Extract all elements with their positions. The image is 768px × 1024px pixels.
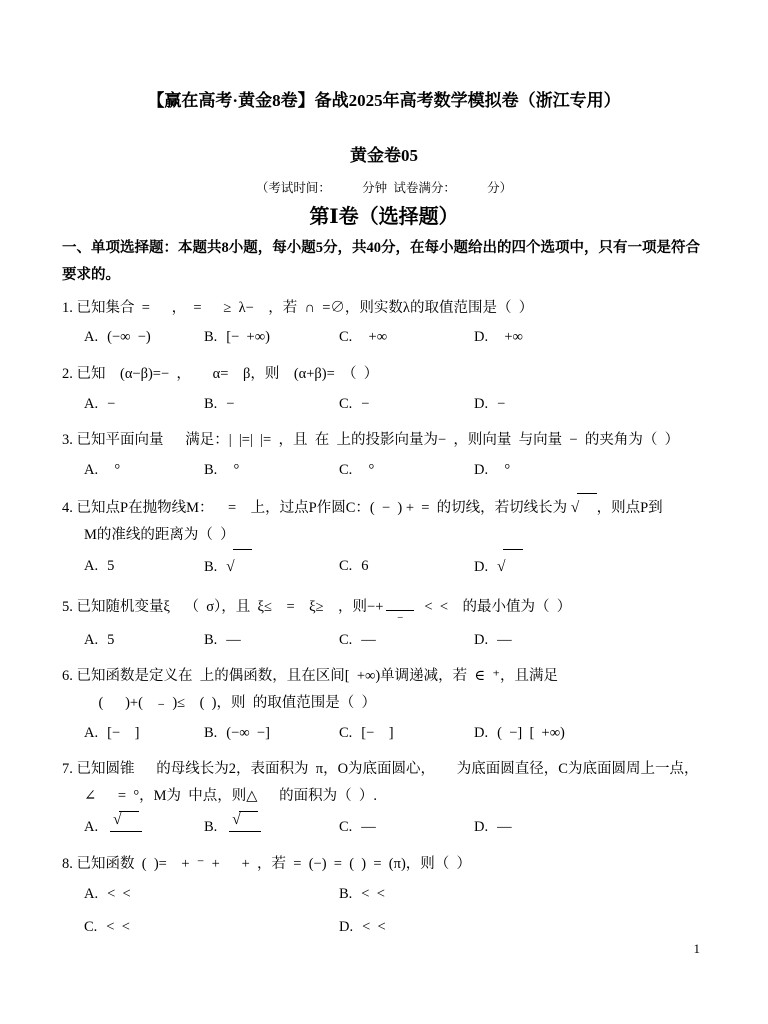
option-value: —: [497, 819, 512, 835]
math-text: —: [497, 632, 512, 648]
option-label: D.: [474, 632, 488, 648]
option-value: —: [361, 819, 376, 835]
option-label: A.: [84, 396, 98, 412]
math-text: 5: [107, 558, 114, 574]
math-text: 8. 已知函数 ( )= + ⁻ + + ，若 = (−) = ( ) = (π…: [62, 856, 471, 872]
option-value: < <: [361, 886, 385, 902]
option-value: −: [497, 396, 505, 412]
options-row: A.< <B.< <C.< <D.< <: [62, 878, 706, 945]
question-line: 2. 已知 (α−β)=− ， α= β，则 (α+β)= （ ）: [62, 361, 706, 388]
option: B.—: [204, 624, 339, 657]
option: D.−: [474, 388, 706, 421]
option-label: B.: [204, 725, 217, 741]
exam-time-score-info: （考试时间： 分钟 试卷满分： 分）: [62, 178, 706, 196]
option-value: √: [107, 819, 145, 835]
option-label: C.: [339, 632, 352, 648]
sqrt-radical-icon: √: [232, 812, 258, 828]
option-label: D.: [474, 559, 488, 575]
fraction: −: [386, 591, 414, 624]
math-text: 1. 已知集合 = ， = ≥ λ− ，若 ∩ =∅，则实数λ的取值范围是（ ）: [62, 300, 533, 316]
sqrt-radical-icon: √: [113, 812, 139, 828]
question-line: ∠ = °，M为 中点，则△ 的面积为（ ）.: [62, 783, 706, 810]
option: C.—: [339, 624, 474, 657]
option-label: A.: [84, 558, 98, 574]
option: D.—: [474, 624, 706, 657]
option-value: < <: [106, 919, 130, 935]
option: D.√: [474, 549, 706, 585]
option-label: B.: [339, 886, 352, 902]
question-line: ( )+( ₋ )≤ ( )，则 的取值范围是（ ）: [62, 690, 706, 717]
option: A.√: [84, 810, 204, 845]
option-label: D.: [474, 396, 488, 412]
question-line: 6. 已知函数是定义在 上的偶函数，且在区间[ +∞)单调递减，若 ∈ ⁺，且满…: [62, 663, 706, 690]
option-label: B.: [204, 396, 217, 412]
math-text: [− ]: [107, 725, 139, 741]
question-8: 8. 已知函数 ( )= + ⁻ + + ，若 = (−) = ( ) = (π…: [62, 851, 706, 945]
question-3: 3. 已知平面向量 满足：| |=| |= ，且 在 上的投影向量为− ，则向量…: [62, 427, 706, 487]
option-value: √: [226, 819, 264, 835]
option: B.[− +∞): [204, 321, 339, 354]
option-label: B.: [204, 462, 217, 478]
math-text: M的准线的距离为（ ）: [84, 527, 235, 543]
math-text: 3. 已知平面向量 满足：| |=| |= ，且 在 上的投影向量为− ，则向量…: [62, 432, 679, 448]
math-text: —: [361, 819, 376, 835]
options-row: A.5B.—C.—D.—: [62, 624, 706, 657]
questions-container: 1. 已知集合 = ， = ≥ λ− ，若 ∩ =∅，则实数λ的取值范围是（ ）…: [62, 295, 706, 945]
math-text: ∠ = °，M为 中点，则△ 的面积为（ ）.: [84, 788, 377, 804]
fraction: √: [110, 810, 142, 845]
option-value: −: [226, 396, 234, 412]
option-value: +∞: [497, 329, 523, 345]
option-label: C.: [339, 558, 352, 574]
option-label: C.: [84, 919, 97, 935]
math-text: < < 的最小值为（ ）: [417, 599, 571, 615]
section-title: 第Ⅰ卷（选择题）: [62, 200, 706, 229]
option: A.(−∞ −): [84, 321, 204, 354]
math-text: < <: [361, 886, 385, 902]
option-value: —: [497, 632, 512, 648]
option-label: B.: [204, 559, 217, 575]
option: A.< <: [84, 878, 339, 911]
math-text: °: [226, 462, 239, 478]
option-label: A.: [84, 632, 98, 648]
option-label: A.: [84, 819, 98, 835]
math-text: −: [226, 396, 234, 412]
option-label: C.: [339, 396, 352, 412]
math-text: 6: [361, 558, 368, 574]
fraction: √: [229, 810, 261, 845]
options-row: A.−B.−C.−D.−: [62, 388, 706, 421]
question-5: 5. 已知随机变量ξ （ σ），且 ξ≤ = ξ≥ ，则−+ − < < 的最小…: [62, 591, 706, 657]
option: B.√: [204, 810, 339, 845]
question-line: 4. 已知点P在抛物线M： = 上，过点P作圆C：( − ) + = 的切线，若…: [62, 493, 706, 522]
option-value: 5: [107, 558, 114, 574]
math-text: ( )+( ₋ )≤ ( )，则 的取值范围是（ ）: [84, 695, 376, 711]
option: C. °: [339, 454, 474, 487]
option: B.√: [204, 549, 339, 585]
math-text: [− ]: [361, 725, 393, 741]
option-label: D.: [339, 919, 353, 935]
math-text: 5: [107, 632, 114, 648]
question-line: 3. 已知平面向量 满足：| |=| |= ，且 在 上的投影向量为− ，则向量…: [62, 427, 706, 454]
question-line: 7. 已知圆锥 的母线长为2，表面积为 π，O为底面圆心， 为底面圆直径，C为底…: [62, 756, 706, 783]
math-text: 5. 已知随机变量ξ （ σ），且 ξ≤ = ξ≥ ，则−+: [62, 599, 383, 615]
option-value: (−∞ −): [107, 329, 151, 345]
option-value: ( −] [ +∞): [497, 725, 565, 741]
exam-subtitle: 黄金卷05: [62, 141, 706, 166]
option: B.< <: [339, 878, 706, 911]
options-row: A. °B. °C. °D. °: [62, 454, 706, 487]
option-label: C.: [339, 725, 352, 741]
exam-title: 【赢在高考·黄金8卷】备战2025年高考数学模拟卷（浙江专用）: [62, 86, 706, 111]
math-text: °: [361, 462, 374, 478]
question-6: 6. 已知函数是定义在 上的偶函数，且在区间[ +∞)单调递减，若 ∈ ⁺，且满…: [62, 663, 706, 750]
option: B.−: [204, 388, 339, 421]
option-label: B.: [204, 632, 217, 648]
option-value: < <: [362, 919, 386, 935]
option-value: −: [361, 396, 369, 412]
question-7: 7. 已知圆锥 的母线长为2，表面积为 π，O为底面圆心， 为底面圆直径，C为底…: [62, 756, 706, 845]
option: A.−: [84, 388, 204, 421]
math-text: −: [107, 396, 115, 412]
section-instruction: 一、单项选择题：本题共8小题，每小题5分，共40分，在每小题给出的四个选项中，只…: [62, 235, 706, 289]
question-line: 1. 已知集合 = ， = ≥ λ− ，若 ∩ =∅，则实数λ的取值范围是（ ）: [62, 295, 706, 322]
math-text: −: [361, 396, 369, 412]
sqrt-radical-icon: √: [497, 559, 523, 575]
option: D. +∞: [474, 321, 706, 354]
options-row: A.√ B.√ C.—D.—: [62, 810, 706, 845]
question-4: 4. 已知点P在抛物线M： = 上，过点P作圆C：( − ) + = 的切线，若…: [62, 493, 706, 585]
sqrt-radical-icon: √: [571, 500, 597, 516]
option: D.< <: [339, 911, 706, 944]
option-label: A.: [84, 329, 98, 345]
math-text: < <: [362, 919, 386, 935]
math-text: 2. 已知 (α−β)=− ， α= β，则 (α+β)= （ ）: [62, 366, 378, 382]
math-text: [− +∞): [226, 329, 270, 345]
math-text: —: [361, 632, 376, 648]
math-text: °: [497, 462, 510, 478]
math-text: (−∞ −): [107, 329, 151, 345]
math-text: +∞: [361, 329, 387, 345]
option: C.[− ]: [339, 717, 474, 750]
math-text: < <: [106, 919, 130, 935]
option-value: √: [226, 559, 252, 575]
math-text: 7. 已知圆锥 的母线长为2，表面积为 π，O为底面圆心， 为底面圆直径，C为底…: [62, 761, 698, 777]
option-value: [− ]: [107, 725, 139, 741]
option-label: B.: [204, 819, 217, 835]
math-text: 4. 已知点P在抛物线M： = 上，过点P作圆C：( − ) + = 的切线，若…: [62, 500, 571, 516]
option-label: D.: [474, 329, 488, 345]
option-value: —: [361, 632, 376, 648]
option-value: [− +∞): [226, 329, 270, 345]
option-value: < <: [107, 886, 131, 902]
option-label: C.: [339, 819, 352, 835]
page-number: 1: [694, 941, 701, 957]
option-label: D.: [474, 725, 488, 741]
option-value: 5: [107, 632, 114, 648]
option: C.−: [339, 388, 474, 421]
math-text: < <: [107, 886, 131, 902]
option: D.( −] [ +∞): [474, 717, 706, 750]
option: B. °: [204, 454, 339, 487]
options-row: A.5B.√ C.6D.√: [62, 549, 706, 585]
options-row: A.(−∞ −)B.[− +∞)C. +∞D. +∞: [62, 321, 706, 354]
option: D. °: [474, 454, 706, 487]
option-value: √: [497, 559, 523, 575]
option-label: A.: [84, 725, 98, 741]
option-label: A.: [84, 886, 98, 902]
question-2: 2. 已知 (α−β)=− ， α= β，则 (α+β)= （ ）A.−B.−C…: [62, 361, 706, 421]
option: C.< <: [84, 911, 339, 944]
option-value: °: [361, 462, 374, 478]
option-value: +∞: [361, 329, 387, 345]
option-label: C.: [339, 462, 352, 478]
question-1: 1. 已知集合 = ， = ≥ λ− ，若 ∩ =∅，则实数λ的取值范围是（ ）…: [62, 295, 706, 355]
math-text: —: [226, 632, 241, 648]
option-label: A.: [84, 462, 98, 478]
options-row: A.[− ]B.(−∞ −]C.[− ]D.( −] [ +∞): [62, 717, 706, 750]
math-text: +∞: [497, 329, 523, 345]
exam-page: 【赢在高考·黄金8卷】备战2025年高考数学模拟卷（浙江专用） 黄金卷05 （考…: [0, 0, 768, 1024]
option-value: °: [497, 462, 510, 478]
question-line: 5. 已知随机变量ξ （ σ），且 ξ≤ = ξ≥ ，则−+ − < < 的最小…: [62, 591, 706, 624]
option: C.—: [339, 811, 474, 844]
option-label: C.: [339, 329, 352, 345]
option: A.5: [84, 624, 204, 657]
option-label: B.: [204, 329, 217, 345]
math-text: ，则点P到: [597, 500, 663, 516]
math-text: —: [497, 819, 512, 835]
math-text: (−∞ −]: [226, 725, 270, 741]
option: D.—: [474, 811, 706, 844]
option-label: D.: [474, 462, 488, 478]
option-value: °: [107, 462, 120, 478]
option: A.5: [84, 550, 204, 583]
option: C.6: [339, 550, 474, 583]
option-value: —: [226, 632, 241, 648]
option-value: [− ]: [361, 725, 393, 741]
option-value: (−∞ −]: [226, 725, 270, 741]
math-text: 6. 已知函数是定义在 上的偶函数，且在区间[ +∞)单调递减，若 ∈ ⁺，且满…: [62, 668, 558, 684]
option-label: D.: [474, 819, 488, 835]
option-value: °: [226, 462, 239, 478]
option: A. °: [84, 454, 204, 487]
question-line: M的准线的距离为（ ）: [62, 522, 706, 549]
option-value: −: [107, 396, 115, 412]
option: B.(−∞ −]: [204, 717, 339, 750]
math-text: −: [497, 396, 505, 412]
option: A.[− ]: [84, 717, 204, 750]
sqrt-radical-icon: √: [226, 559, 252, 575]
question-line: 8. 已知函数 ( )= + ⁻ + + ，若 = (−) = ( ) = (π…: [62, 851, 706, 878]
math-text: °: [107, 462, 120, 478]
option: C. +∞: [339, 321, 474, 354]
math-text: ( −] [ +∞): [497, 725, 565, 741]
option-value: 6: [361, 558, 368, 574]
